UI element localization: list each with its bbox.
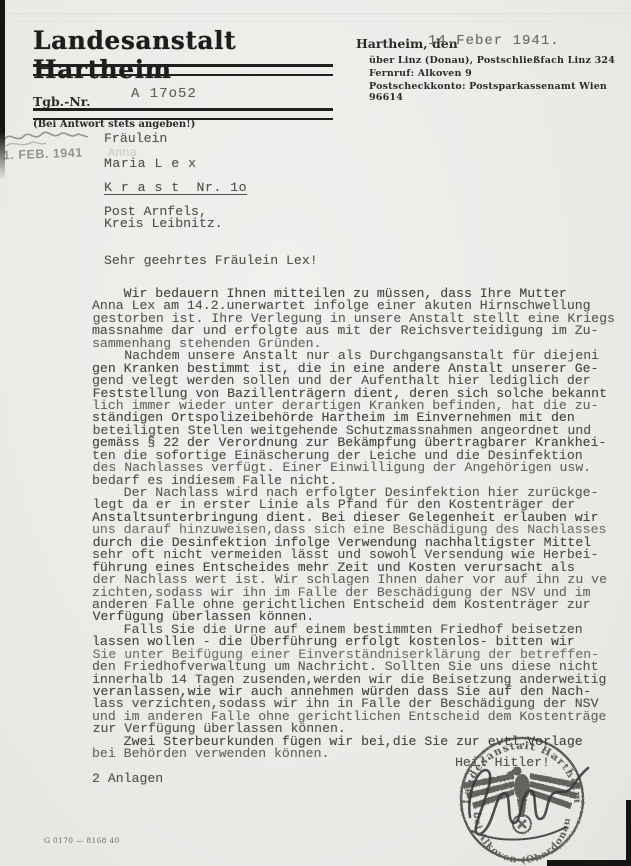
scan-edge-artifact xyxy=(0,0,5,132)
closing-salute: Heil Hitler! xyxy=(455,755,550,770)
body-line: veranlassen,wie wir auch annehmen würden… xyxy=(93,686,621,698)
body-line: Verfügung überlassen können. xyxy=(93,611,621,623)
official-seal-and-signature: Landesanstalt Hartheim bei Alkoven (Ober… xyxy=(436,731,611,866)
scan-edge-artifact xyxy=(0,132,5,180)
letterhead-address-line-2: Fernruf: Alkoven 9 xyxy=(369,68,472,79)
pencil-stroke xyxy=(4,132,88,140)
typed-date: 14.Feber 1941. xyxy=(428,33,560,49)
recipient-district: Kreis Leibnitz. xyxy=(104,216,223,231)
body-line: lich immer wieder unter derartigen Krank… xyxy=(92,400,620,412)
recipient-street: K r a s t Nr. 1o xyxy=(104,180,247,195)
letterhead-address-line-1: über Linz (Donau), Postschließfach Linz … xyxy=(369,55,615,66)
enclosures-note: 2 Anlagen xyxy=(92,771,163,786)
letter-body: Wir bedauern Ihnen mitteilen zu müssen, … xyxy=(92,288,620,761)
paper-crease xyxy=(0,13,631,14)
typed-ref-number: A 17o52 xyxy=(131,86,197,102)
seal-stamp: Landesanstalt Hartheim bei Alkoven (Ober… xyxy=(436,731,583,866)
pencil-stroke xyxy=(6,142,46,146)
letterhead-address-line-3: Postscheckkonto: Postsparkassenamt Wien … xyxy=(369,81,631,103)
body-line: Nachdem unsere Anstalt nur als Durchgang… xyxy=(93,350,621,362)
paper-crease xyxy=(0,21,631,22)
body-line: beteiligten Stellen weitgehende Schutzma… xyxy=(93,425,621,437)
body-line: zichten,sodass wir ihn im Falle der Besc… xyxy=(92,587,620,599)
body-line: des Nachlasses verfügt. Einer Einwilligu… xyxy=(93,462,621,474)
body-line: den Friedhofverwaltung um Nachricht. Sol… xyxy=(92,661,620,673)
body-line: durch die Desinfektion infolge Verwendun… xyxy=(93,537,621,549)
recipient-name: Maria L e x xyxy=(104,156,197,171)
scan-edge-artifact xyxy=(626,800,631,866)
body-line: legt da er in erster Linie als Pfand für… xyxy=(93,499,621,511)
received-date-stamp: 1. FEB. 1941 xyxy=(3,146,83,163)
recipient-title: Fräulein xyxy=(104,131,167,146)
ref-number-label: Tgb.-Nr. xyxy=(33,94,91,109)
letterhead-rule xyxy=(33,64,333,76)
salutation-line: Sehr geehrtes Fräulein Lex! xyxy=(104,253,318,268)
scanned-letter-page: Landesanstalt Hartheim Hartheim, den 14.… xyxy=(0,0,631,866)
printers-code: G 0170 — 8168 40 xyxy=(44,836,120,845)
body-line: gestorben ist. Ihre Verlegung in unsere … xyxy=(93,313,621,325)
